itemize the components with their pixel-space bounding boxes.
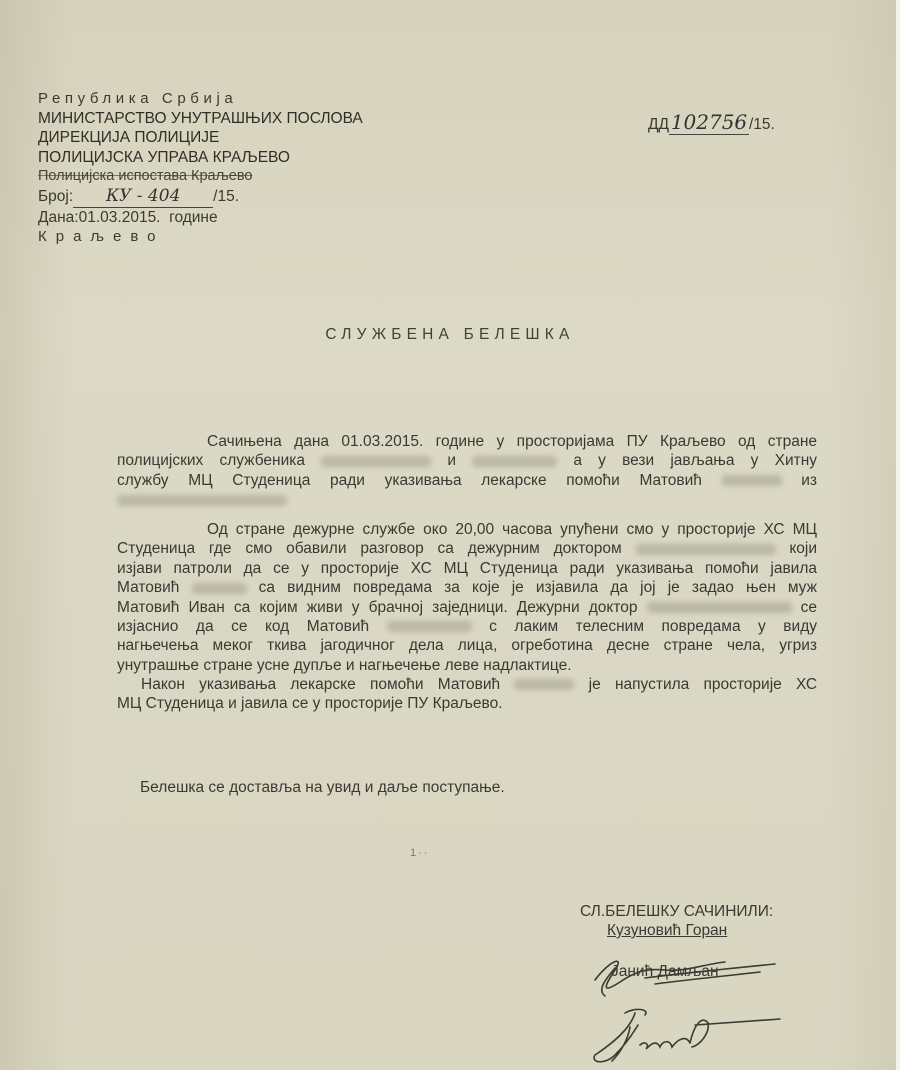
administration-line: ПОЛИЦИЈСКА УПРАВА КРАЉЕВО bbox=[38, 148, 363, 168]
signature-2 bbox=[590, 1005, 790, 1070]
registry-label: ДД bbox=[648, 116, 669, 133]
text-line: унутрашње стране усне дупље и нагњечење … bbox=[117, 656, 817, 675]
station-line: Полицијска испостава Краљево bbox=[38, 167, 363, 187]
text-line: Матовић Иван са којим живи у брачној зај… bbox=[117, 598, 817, 617]
text-line: Матовић са видним повредама за које је и… bbox=[117, 578, 817, 597]
redacted-name bbox=[722, 475, 782, 486]
text-span: изјаснио да се код Матовић bbox=[117, 618, 369, 635]
text-span: са видним повредама за које је изјавила … bbox=[259, 579, 817, 596]
text-span: из bbox=[801, 472, 817, 489]
case-number-line: Број:КУ - 404/15. bbox=[38, 187, 363, 208]
text-line: МЦ Студеница и јавила се у просторије ПУ… bbox=[117, 694, 817, 713]
text-span: полицијских службеника bbox=[117, 452, 305, 469]
redacted-address bbox=[117, 495, 287, 506]
city-line: Краљево bbox=[38, 227, 363, 247]
signature-1 bbox=[585, 950, 795, 1000]
registry-suffix: /15. bbox=[749, 116, 775, 133]
stray-mark: 1·· bbox=[410, 847, 429, 859]
redacted-name bbox=[514, 679, 574, 690]
redacted-name bbox=[321, 456, 431, 467]
text-span: службу МЦ Студеница ради указивања лекар… bbox=[117, 472, 702, 489]
signature-heading: СЛ.БЕЛЕШКУ САЧИНИЛИ: bbox=[580, 902, 773, 921]
text-span: Матовић Иван са којим живи у брачној зај… bbox=[117, 599, 637, 616]
registry-number: ДД102756/15. bbox=[648, 110, 775, 135]
registry-blank: 102756 bbox=[669, 110, 749, 135]
signer-1-name: Кузуновић Горан bbox=[580, 921, 773, 940]
letterhead: Република Србија МИНИСТАРСТВО УНУТРАШЊИХ… bbox=[38, 89, 363, 247]
case-number-handwritten: КУ - 404 bbox=[106, 186, 180, 206]
text-span: Након указивања лекарске помоћи Матовић bbox=[141, 676, 500, 693]
text-line bbox=[117, 490, 817, 509]
text-line: нагњечења меког ткива јагодичног дела ли… bbox=[117, 636, 817, 655]
text-span: Матовић bbox=[117, 579, 179, 596]
page-edge bbox=[896, 0, 900, 1070]
case-number-suffix: /15. bbox=[213, 188, 239, 205]
date-label: Дана: bbox=[38, 209, 79, 226]
redacted-name bbox=[636, 544, 776, 555]
redacted-name bbox=[472, 456, 557, 467]
text-line: Након указивања лекарске помоћи Матовић … bbox=[117, 675, 817, 694]
date-suffix: године bbox=[169, 209, 217, 226]
text-line: службу МЦ Студеница ради указивања лекар… bbox=[117, 471, 817, 490]
paragraph-3: Након указивања лекарске помоћи Матовић … bbox=[117, 675, 817, 714]
text-line: полицијских службеника и а у вези јављањ… bbox=[117, 451, 817, 470]
document-title: СЛУЖБЕНА БЕЛЕШКА bbox=[0, 326, 900, 344]
redacted-name bbox=[192, 583, 247, 594]
text-line: изјаснио да се код Матовић с лаким телес… bbox=[117, 617, 817, 636]
case-number-blank: КУ - 404 bbox=[73, 187, 213, 208]
text-line: Студеница где смо обавили разговор са де… bbox=[117, 539, 817, 558]
text-span: Студеница где смо обавили разговор са де… bbox=[117, 540, 622, 557]
text-span: а у вези јављања у Хитну bbox=[573, 452, 817, 469]
text-span: се bbox=[801, 599, 817, 616]
text-span: је напустила просторије ХС bbox=[589, 676, 817, 693]
text-span: с лаким телесним повредама у виду bbox=[489, 618, 817, 635]
text-span: и bbox=[447, 452, 456, 469]
closing-statement: Белешка се доставља на увид и даље посту… bbox=[140, 779, 505, 797]
text-line: Сачињена дана 01.03.2015. године у прост… bbox=[117, 432, 817, 451]
text-line: изјави патроли да се у просторије ХС МЦ … bbox=[117, 559, 817, 578]
republic-line: Република Србија bbox=[38, 89, 363, 109]
date-line: Дана:01.03.2015. године bbox=[38, 208, 363, 228]
paragraph-2: Од стране дежурне службе око 20,00 часов… bbox=[117, 520, 817, 675]
ministry-line: МИНИСТАРСТВО УНУТРАШЊИХ ПОСЛОВА bbox=[38, 109, 363, 129]
registry-handwritten: 102756 bbox=[671, 110, 747, 134]
paragraph-1: Сачињена дана 01.03.2015. године у прост… bbox=[117, 432, 817, 510]
directorate-line: ДИРЕКЦИЈА ПОЛИЦИЈЕ bbox=[38, 128, 363, 148]
text-line: Од стране дежурне службе око 20,00 часов… bbox=[117, 520, 817, 539]
date-value: 01.03.2015. bbox=[79, 209, 161, 226]
redacted-name bbox=[647, 602, 792, 613]
case-number-label: Број: bbox=[38, 188, 73, 205]
text-span: који bbox=[789, 540, 817, 557]
redacted-name bbox=[387, 621, 472, 632]
